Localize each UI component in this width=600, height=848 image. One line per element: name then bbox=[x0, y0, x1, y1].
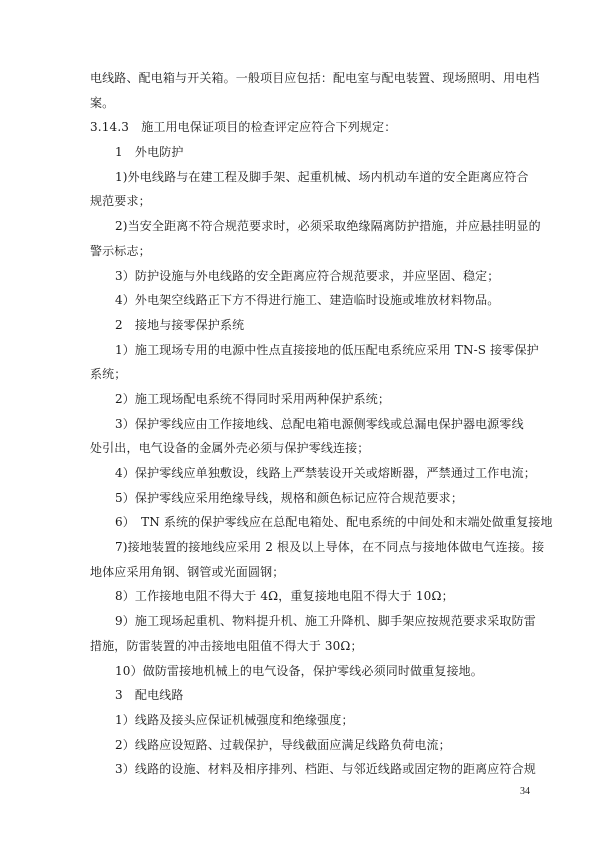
text-line: 2)当安全距离不符合规范要求时，必须采取绝缘隔离防护措施，并应悬挂明显的 bbox=[90, 214, 536, 239]
text-line: 处引出，电气设备的金属外壳必须与保护零线连接； bbox=[90, 436, 536, 461]
text-line: 1)外电线路与在建工程及脚手架、起重机械、场内机动车道的安全距离应符合 bbox=[90, 165, 536, 190]
text-line: 3）线路的设施、材料及相序排列、档距、与邻近线路或固定物的距离应符合规 bbox=[90, 757, 536, 782]
text-line: 6） TN 系统的保护零线应在总配电箱处、配电系统的中间处和末端处做重复接地 bbox=[90, 510, 536, 535]
text-line: 地体应采用角钢、钢管或光面圆钢； bbox=[90, 560, 536, 585]
text-line: 3）防护设施与外电线路的安全距离应符合规范要求，并应坚固、稳定； bbox=[90, 264, 536, 289]
text-line: 电线路、配电箱与开关箱。一般项目应包括：配电室与配电装置、现场照明、用电档 bbox=[90, 66, 536, 91]
subsection-heading: 3 配电线路 bbox=[90, 683, 536, 708]
text-line: 1）线路及接头应保证机械强度和绝缘强度； bbox=[90, 708, 536, 733]
text-line: 案。 bbox=[90, 91, 536, 116]
text-line: 3）保护零线应由工作接地线、总配电箱电源侧零线或总漏电保护器电源零线 bbox=[90, 412, 536, 437]
text-line: 8）工作接地电阻不得大于 4Ω，重复接地电阻不得大于 10Ω； bbox=[90, 584, 536, 609]
text-line: 2）施工现场配电系统不得同时采用两种保护系统； bbox=[90, 387, 536, 412]
text-line: 10）做防雷接地机械上的电气设备，保护零线必须同时做重复接地。 bbox=[90, 659, 536, 684]
text-line: 警示标志； bbox=[90, 239, 536, 264]
subsection-heading: 2 接地与接零保护系统 bbox=[90, 313, 536, 338]
page-number: 34 bbox=[520, 786, 530, 797]
text-line: 1）施工现场专用的电源中性点直接接地的低压配电系统应采用 TN-S 接零保护 bbox=[90, 338, 536, 363]
text-line: 系统； bbox=[90, 362, 536, 387]
section-heading: 3.14.3 施工用电保证项目的检查评定应符合下列规定： bbox=[90, 115, 536, 140]
subsection-heading: 1 外电防护 bbox=[90, 140, 536, 165]
text-line: 4）保护零线应单独敷设，线路上严禁装设开关或熔断器，严禁通过工作电流； bbox=[90, 461, 536, 486]
text-line: 7)接地装置的接地线应采用 2 根及以上导体，在不同点与接地体做电气连接。接 bbox=[90, 535, 536, 560]
text-line: 规范要求； bbox=[90, 189, 536, 214]
text-line: 2）线路应设短路、过载保护，导线截面应满足线路负荷电流； bbox=[90, 733, 536, 758]
document-body: 电线路、配电箱与开关箱。一般项目应包括：配电室与配电装置、现场照明、用电档 案。… bbox=[90, 66, 536, 782]
text-line: 4）外电架空线路正下方不得进行施工、建造临时设施或堆放材料物品。 bbox=[90, 288, 536, 313]
text-line: 9）施工现场起重机、物料提升机、施工升降机、脚手架应按规范要求采取防雷 bbox=[90, 609, 536, 634]
text-line: 5）保护零线应采用绝缘导线，规格和颜色标记应符合规范要求； bbox=[90, 486, 536, 511]
text-line: 措施，防雷装置的冲击接地电阻值不得大于 30Ω； bbox=[90, 634, 536, 659]
